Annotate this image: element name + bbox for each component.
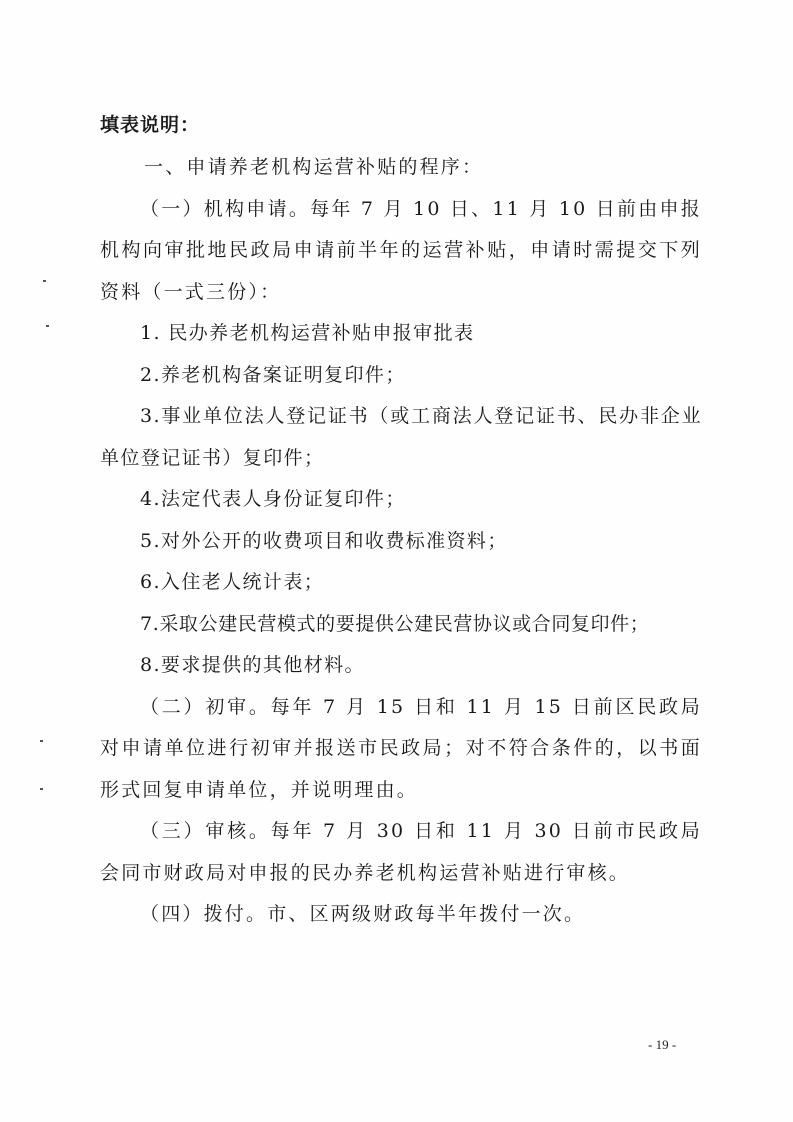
material-item-8: 8.要求提供的其他材料。 — [100, 645, 702, 687]
document-title: 填表说明： — [100, 103, 702, 147]
page-number: - 19 - — [648, 1037, 676, 1053]
document-page: 填表说明： 一、申请养老机构运营补贴的程序： （一）机构申请。每年 7 月 10… — [0, 0, 793, 1122]
material-item-7: 7.采取公建民营模式的要提供公建民营协议或合同复印件； — [100, 604, 702, 646]
scan-mark — [40, 740, 43, 742]
scan-mark — [46, 325, 49, 327]
material-item-4: 4.法定代表人身份证复印件； — [100, 479, 702, 521]
material-item-2: 2.养老机构备案证明复印件； — [100, 355, 702, 397]
scan-mark — [43, 280, 46, 282]
step-4-disbursement: （四）拨付。市、区两级财政每半年拨付一次。 — [100, 894, 702, 936]
section-heading: 一、申请养老机构运营补贴的程序： — [100, 147, 702, 189]
scan-mark — [40, 788, 43, 790]
material-item-3: 3.事业单位法人登记证书（或工商法人登记证书、民办非企业单位登记证书）复印件； — [100, 396, 702, 479]
material-item-5: 5.对外公开的收费项目和收费标准资料； — [100, 521, 702, 563]
step-1-application: （一）机构申请。每年 7 月 10 日、11 月 10 日前由申报机构向审批地民… — [100, 189, 702, 314]
step-3-audit: （三）审核。每年 7 月 30 日和 11 月 30 日前市民政局会同市财政局对… — [100, 811, 702, 894]
document-body: 填表说明： 一、申请养老机构运营补贴的程序： （一）机构申请。每年 7 月 10… — [100, 103, 702, 936]
step-2-preliminary-review: （二）初审。每年 7 月 15 日和 11 月 15 日前区民政局对申请单位进行… — [100, 687, 702, 812]
step-1-label: （一）机构申请。 — [140, 198, 310, 220]
material-item-6: 6.入住老人统计表； — [100, 562, 702, 604]
material-item-1: 1. 民办养老机构运营补贴申报审批表 — [100, 313, 702, 355]
